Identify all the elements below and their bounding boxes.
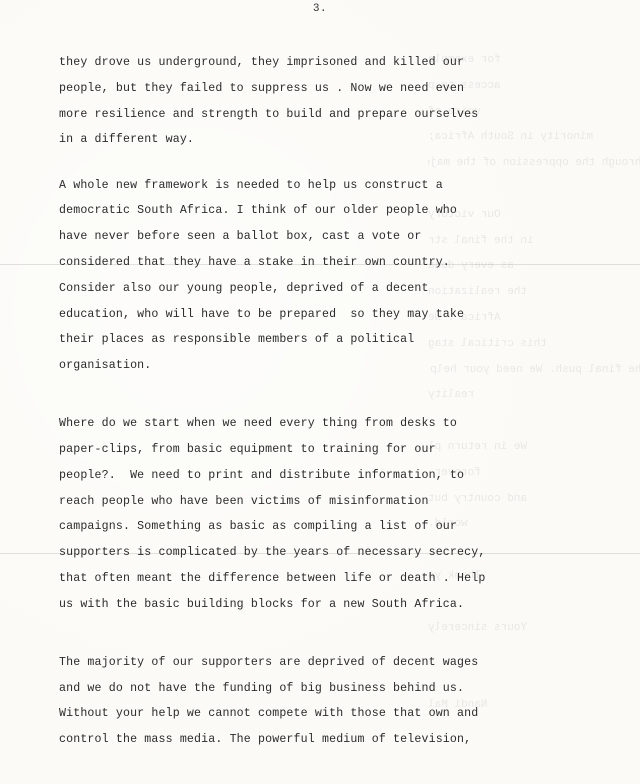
text-line: us with the basic building blocks for a … xyxy=(59,592,629,618)
document-page: 3. for exampleaccess to pvoice ofminorit… xyxy=(0,0,640,784)
text-line: reach people who have been victims of mi… xyxy=(59,489,629,515)
text-line: have never before seen a ballot box, cas… xyxy=(59,224,629,250)
text-line: democratic South Africa. I think of our … xyxy=(59,198,629,224)
text-line: Consider also our young people, deprived… xyxy=(59,276,629,302)
text-line: more resilience and strength to build an… xyxy=(59,102,629,128)
text-line: supporters is complicated by the years o… xyxy=(59,540,629,566)
text-line: Where do we start when we need every thi… xyxy=(59,411,629,437)
text-line: people?. We need to print and distribute… xyxy=(59,463,629,489)
text-line: in a different way. xyxy=(59,127,629,153)
text-line: people, but they failed to suppress us .… xyxy=(59,76,629,102)
paragraph: A whole new framework is needed to help … xyxy=(59,173,629,379)
text-line: that often meant the difference between … xyxy=(59,566,629,592)
paragraph: they drove us underground, they imprison… xyxy=(59,50,629,153)
text-line: considered that they have a stake in the… xyxy=(59,250,629,276)
paragraph: The majority of our supporters are depri… xyxy=(59,650,629,753)
letter-body: they drove us underground, they imprison… xyxy=(59,50,629,753)
text-line: their places as responsible members of a… xyxy=(59,327,629,353)
text-line: control the mass media. The powerful med… xyxy=(59,727,629,753)
text-line: campaigns. Something as basic as compili… xyxy=(59,514,629,540)
text-line: Without your help we cannot compete with… xyxy=(59,701,629,727)
page-number: 3. xyxy=(0,3,640,15)
text-line: paper-clips, from basic equipment to tra… xyxy=(59,437,629,463)
paragraph: Where do we start when we need every thi… xyxy=(59,411,629,617)
text-line: A whole new framework is needed to help … xyxy=(59,173,629,199)
text-line: organisation. xyxy=(59,353,629,379)
text-line: The majority of our supporters are depri… xyxy=(59,650,629,676)
text-line: and we do not have the funding of big bu… xyxy=(59,676,629,702)
text-line: education, who will have to be prepared … xyxy=(59,302,629,328)
text-line: they drove us underground, they imprison… xyxy=(59,50,629,76)
